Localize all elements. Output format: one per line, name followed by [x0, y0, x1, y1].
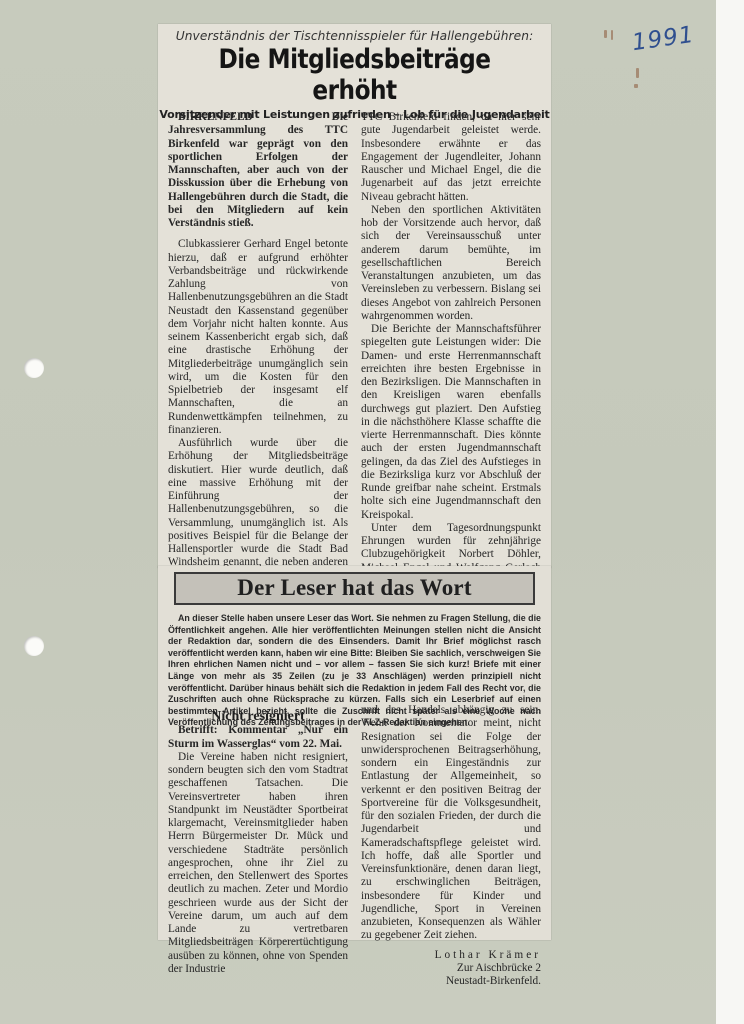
article-paragraph: TTC Birkenfeld finden, da hier sehr gute…	[361, 111, 541, 204]
article-paragraph: Clubkassierer Gerhard Engel betonte hier…	[168, 238, 348, 437]
punch-hole-top	[24, 358, 44, 378]
article-headline: Die Mitgliedsbeiträge erhöht	[186, 44, 524, 106]
letter-paragraph: Die Vereine haben nicht resigniert, sond…	[168, 751, 348, 976]
article-paragraph: Neben den sportlichen Aktivitäten hob de…	[361, 204, 541, 323]
article-kicker: Unverständnis der Tischtennisspieler für…	[158, 29, 551, 43]
letters-banner: Der Leser hat das Wort	[174, 572, 535, 605]
letters-clipping: Der Leser hat das Wort An dieser Stelle …	[158, 566, 551, 940]
rust-mark	[634, 84, 638, 88]
letter-paragraph: und des Handels abhängig zu sein. Wenn d…	[361, 704, 541, 943]
letter-column-2: und des Handels abhängig zu sein. Wenn d…	[361, 704, 541, 988]
article-lead: BIRKENFELD – Die Jahresversammlung des T…	[168, 111, 348, 230]
scan-margin	[716, 0, 744, 1024]
punch-hole-bottom	[24, 636, 44, 656]
letter-column-1: Nicht resigniert Betrifft: Kommentar „Nu…	[168, 704, 348, 988]
letter-body: Nicht resigniert Betrifft: Kommentar „Nu…	[168, 704, 541, 988]
archive-sheet: 1991 Unverständnis der Tischtennisspiele…	[0, 0, 716, 1024]
rust-mark	[636, 68, 639, 78]
letter-title: Nicht resigniert	[168, 710, 348, 723]
article-paragraph: Die Berichte der Mannschaftsführer spieg…	[361, 323, 541, 522]
letter-subject: Betrifft: Kommentar „Nur ein Sturm im Wa…	[168, 724, 348, 751]
article-clipping: Unverständnis der Tischtennisspieler für…	[158, 24, 551, 568]
letter-city: Neustadt-Birkenfeld.	[361, 975, 541, 988]
rust-mark	[604, 30, 607, 38]
rust-mark	[611, 30, 613, 40]
letter-signature: Lothar Krämer Zur Aischbrücke 2 Neustadt…	[361, 949, 541, 989]
letter-street: Zur Aischbrücke 2	[361, 962, 541, 975]
handwritten-year: 1991	[630, 22, 696, 56]
letter-author: Lothar Krämer	[361, 949, 541, 962]
